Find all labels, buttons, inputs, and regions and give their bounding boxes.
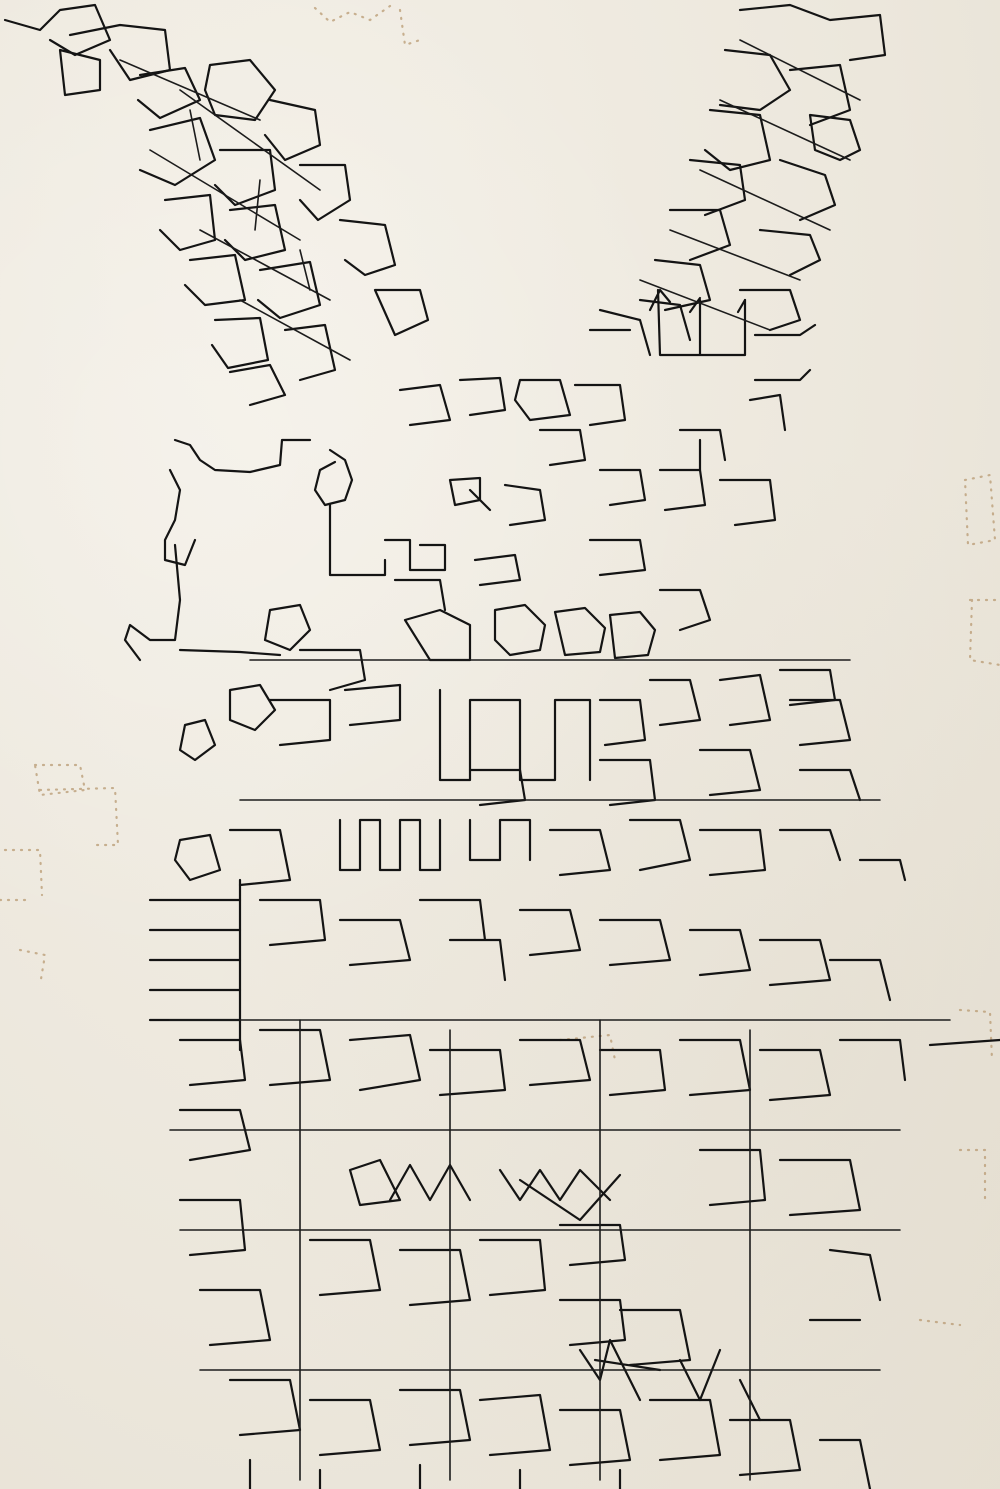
- ghost-letters: [0, 6, 1000, 1325]
- lower-bodice: [170, 1020, 1000, 1489]
- middle-bodice: [180, 540, 880, 805]
- crenellation-rows: [150, 820, 905, 1050]
- textile-artwork: [0, 0, 1000, 1489]
- left-strap: [5, 5, 428, 405]
- stitching-layer: [0, 0, 1000, 1489]
- right-strap: [590, 5, 885, 380]
